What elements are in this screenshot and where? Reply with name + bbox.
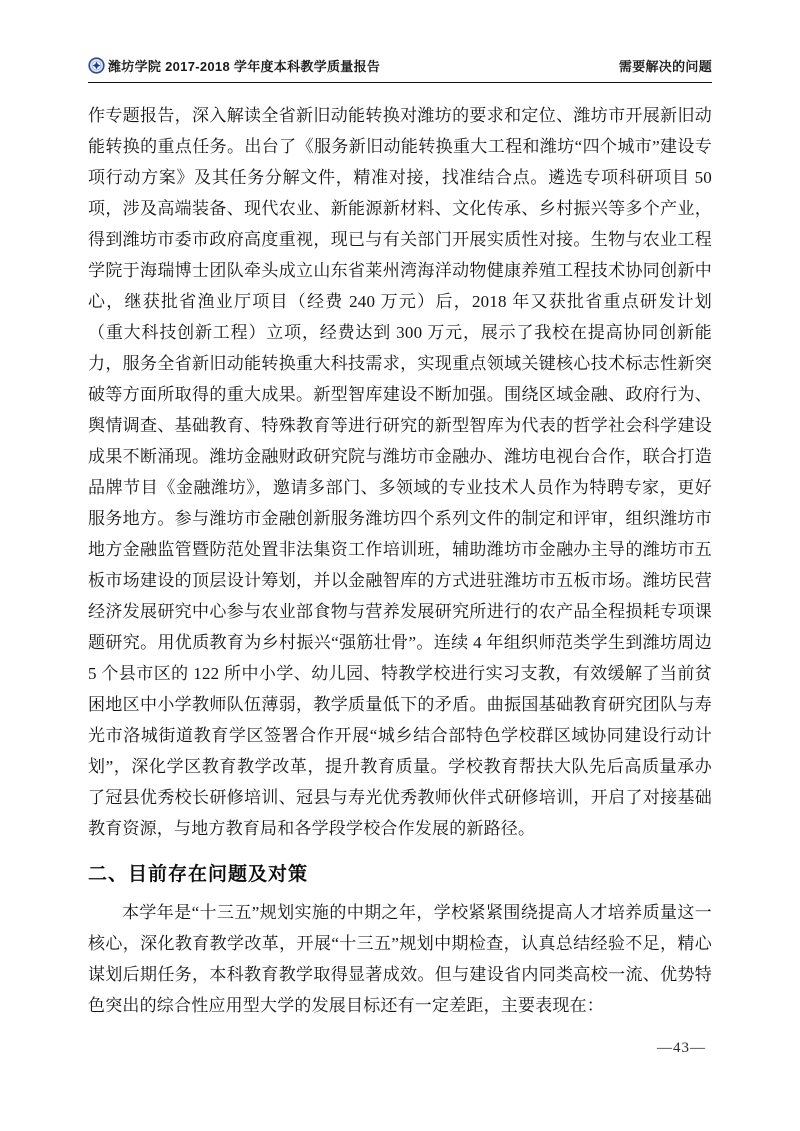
header-left-group: 潍坊学院 2017-2018 学年度本科教学质量报告 xyxy=(88,56,380,75)
header-report-title: 潍坊学院 2017-2018 学年度本科教学质量报告 xyxy=(108,56,380,75)
paragraph-intro-problems: 本学年是“十三五”规划实施的中期之年，学校紧紧围绕提高人才培养质量这一核心，深化… xyxy=(88,897,712,1021)
section-heading-problems-and-countermeasures: 二、目前存在问题及对策 xyxy=(88,859,712,886)
paragraph-achievements: 作专题报告，深入解读全省新旧动能转换对潍坊的要求和定位、潍坊市开展新旧动能转换的… xyxy=(88,100,712,844)
header-section-title: 需要解决的问题 xyxy=(619,56,712,75)
running-header: 潍坊学院 2017-2018 学年度本科教学质量报告 需要解决的问题 xyxy=(88,56,712,83)
university-seal-icon xyxy=(88,57,105,74)
page-number: —43— xyxy=(657,1040,706,1057)
document-content: 作专题报告，深入解读全省新旧动能转换对潍坊的要求和定位、潍坊市开展新旧动能转换的… xyxy=(88,100,712,1021)
document-page: 潍坊学院 2017-2018 学年度本科教学质量报告 需要解决的问题 作专题报告… xyxy=(0,0,800,1131)
